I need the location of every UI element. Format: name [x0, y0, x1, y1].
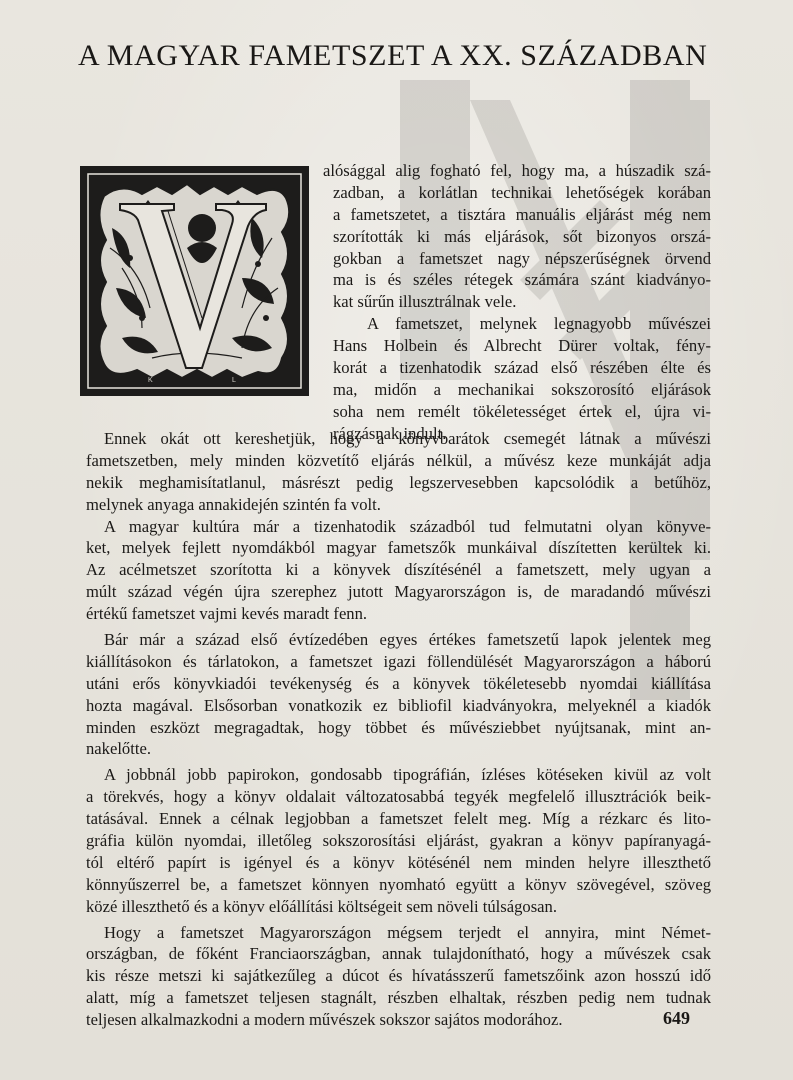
ornamental-v-initial-icon: K L — [82, 168, 307, 394]
paragraph-5: Hogy a fametszet Magyarországon mégsem t… — [86, 922, 711, 1031]
text-line: a fametszetet, a tisztára manuális eljár… — [323, 204, 711, 226]
text-line: gokban a fametszet nagy népszerűségnek ö… — [323, 248, 711, 270]
text-line: teljesen alkalmazkodni a modern művészek… — [86, 1009, 711, 1031]
text-line: kis része metszi ki sajátkezűleg a dúcot… — [86, 965, 711, 987]
initial-signature-left: K — [148, 377, 153, 384]
text-line: értékű fametszet vajmi kevés maradt fenn… — [86, 603, 711, 625]
text-line: Az acélmetszet szorította ki a könyvek d… — [86, 559, 711, 581]
text-line: tól eltérő papírt is igényel és a könyv … — [86, 852, 711, 874]
page-number: 649 — [663, 1008, 690, 1029]
initial-signature-right: L — [232, 377, 236, 384]
text-line: kat sűrűn illusztrálnak vele. — [323, 291, 711, 313]
intro-column: alósággal alig fogható fel, hogy ma, a h… — [323, 160, 711, 445]
text-line: könnyűszerrel be, a fametszet könnyen ny… — [86, 874, 711, 896]
text-line: alatt, míg a fametszet teljesen stagnált… — [86, 987, 711, 1009]
text-line: ket, melyek fejlett nyomdákból magyar fa… — [86, 537, 711, 559]
text-line: tatásával. Ennek a célnak legjobban a fa… — [86, 808, 711, 830]
paragraph-1: Ennek okát ott kereshetjük, hogy a könyv… — [86, 428, 711, 516]
text-line: A magyar kultúra már a tizenhatodik száz… — [86, 516, 711, 538]
text-line: országban, de főként Franciaországban, a… — [86, 943, 711, 965]
page-title: A MAGYAR FAMETSZET A XX. SZÁZADBAN — [78, 38, 718, 74]
text-line: gráfia külön nyomdai, illetőleg sokszoro… — [86, 830, 711, 852]
text-line: A jobbnál jobb papirokon, gondosabb tipo… — [86, 764, 711, 786]
text-line: zadban, a korlátlan technikai lehetősége… — [323, 182, 711, 204]
text-line: korát a tizenhatodik század első részébe… — [323, 357, 711, 379]
text-line: minden eszközt megragadtak, hogy többet … — [86, 717, 711, 739]
text-line: hozta magával. Elsősorban vonatkozik ez … — [86, 695, 711, 717]
text-line: nekik meghamisítatlanul, másrészt pedig … — [86, 472, 711, 494]
body-text: Ennek okát ott kereshetjük, hogy a könyv… — [86, 428, 711, 1031]
text-line: utáni erős könyvkiadói tevékenység és a … — [86, 673, 711, 695]
text-line: alósággal alig fogható fel, hogy ma, a h… — [323, 160, 711, 182]
text-line: a törekvés, hogy a könyv oldalait változ… — [86, 786, 711, 808]
paragraph-2: A magyar kultúra már a tizenhatodik száz… — [86, 516, 711, 625]
text-line: kiállításokon és tárlatokon, a fametszet… — [86, 651, 711, 673]
text-line: melynek anyaga annakidején szintén fa vo… — [86, 494, 711, 516]
text-line: Hans Holbein és Albrecht Dürer voltak, f… — [323, 335, 711, 357]
text-line: szorították ki más eljárások, sőt bizony… — [323, 226, 711, 248]
text-line: A fametszet, melynek legnagyobb művészei — [323, 313, 711, 335]
drop-cap-initial: K L — [80, 166, 309, 396]
text-line: ma is és széles rétegek számára szánt ki… — [323, 269, 711, 291]
text-line: Hogy a fametszet Magyarországon mégsem t… — [86, 922, 711, 944]
text-line: Ennek okát ott kereshetjük, hogy a könyv… — [86, 428, 711, 450]
text-line: Bár már a század első évtízedében egyes … — [86, 629, 711, 651]
paragraph-4: A jobbnál jobb papirokon, gondosabb tipo… — [86, 764, 711, 917]
text-line: ma, midőn a mechanikai sokszorosító eljá… — [323, 379, 711, 401]
paragraph-3: Bár már a század első évtízedében egyes … — [86, 629, 711, 760]
text-line: közé illeszthető és a könyv előállítási … — [86, 896, 711, 918]
text-line: nakelőtte. — [86, 738, 711, 760]
text-line: múlt század végén újra szerephez jutott … — [86, 581, 711, 603]
text-line: soha nem remélt tökéletességet értek el,… — [323, 401, 711, 423]
text-line: fametszetben, mely minden közvetítő eljá… — [86, 450, 711, 472]
